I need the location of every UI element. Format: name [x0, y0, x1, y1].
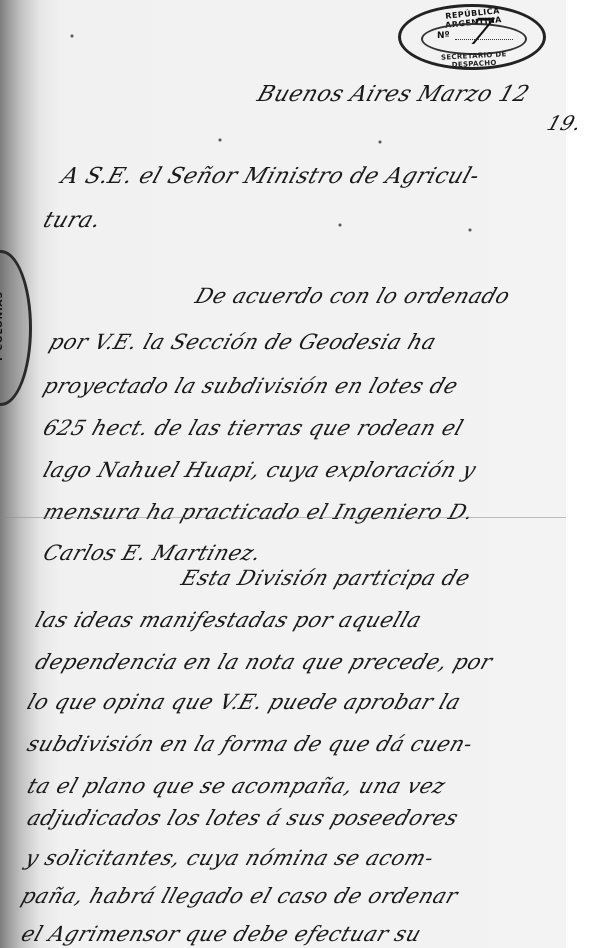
body-line: paña, habrá llegado el caso de ordenar	[19, 886, 461, 907]
salutation-line-1: A S.E. el Señor Ministro de Agricul-	[58, 166, 482, 188]
body-line: dependencia en la nota que precede, por	[33, 652, 496, 673]
body-line: subdivisión en la forma de que dá cuen-	[25, 734, 476, 755]
body-line: lo que opina que V.E. puede aprobar la	[25, 692, 464, 713]
body-line: adjudicados los lotes á sus poseedores	[25, 808, 461, 829]
body-line: De acuerdo con lo ordenado	[193, 286, 513, 307]
stamp-number-label: Nº	[437, 31, 450, 41]
body-line: lago Nahuel Huapi, cuya exploración y	[41, 460, 479, 481]
date-year: 19.	[545, 113, 585, 133]
body-line: Carlos E. Martinez.	[41, 543, 264, 564]
body-line: por V.E. la Sección de Geodesia ha	[47, 332, 439, 353]
body-line: ta el plano que se acompaña, una vez	[25, 776, 449, 797]
body-line: proyectado la subdivisión en lotes de	[41, 376, 461, 397]
side-stamp-text: Y COLONIAS	[0, 291, 5, 362]
body-line: 625 hect. de las tierras que rodean el	[41, 418, 466, 439]
republica-argentina-stamp: REPÚBLICA ARGENTINA Nº 7 SECRETARIO DE D…	[398, 4, 546, 70]
stamp-bottom-text: SECRETARIO DE DESPACHO	[419, 49, 530, 71]
body-line: y solicitantes, cuya nómina se acom-	[23, 848, 437, 869]
side-margin-stamp: Y COLONIAS	[0, 250, 32, 406]
body-line: Esta División participa de	[179, 568, 473, 589]
salutation-line-2: tura.	[40, 210, 103, 232]
document-page: REPÚBLICA ARGENTINA Nº 7 SECRETARIO DE D…	[0, 0, 566, 948]
faded-rule-line	[0, 517, 566, 518]
body-line: mensura ha practicado el Ingeniero D.	[41, 502, 477, 523]
place-date: Buenos Aires Marzo 12	[254, 84, 531, 106]
body-line: el Agrimensor que debe efectuar su	[19, 924, 424, 945]
body-line: las ideas manifestadas por aquella	[33, 610, 425, 631]
